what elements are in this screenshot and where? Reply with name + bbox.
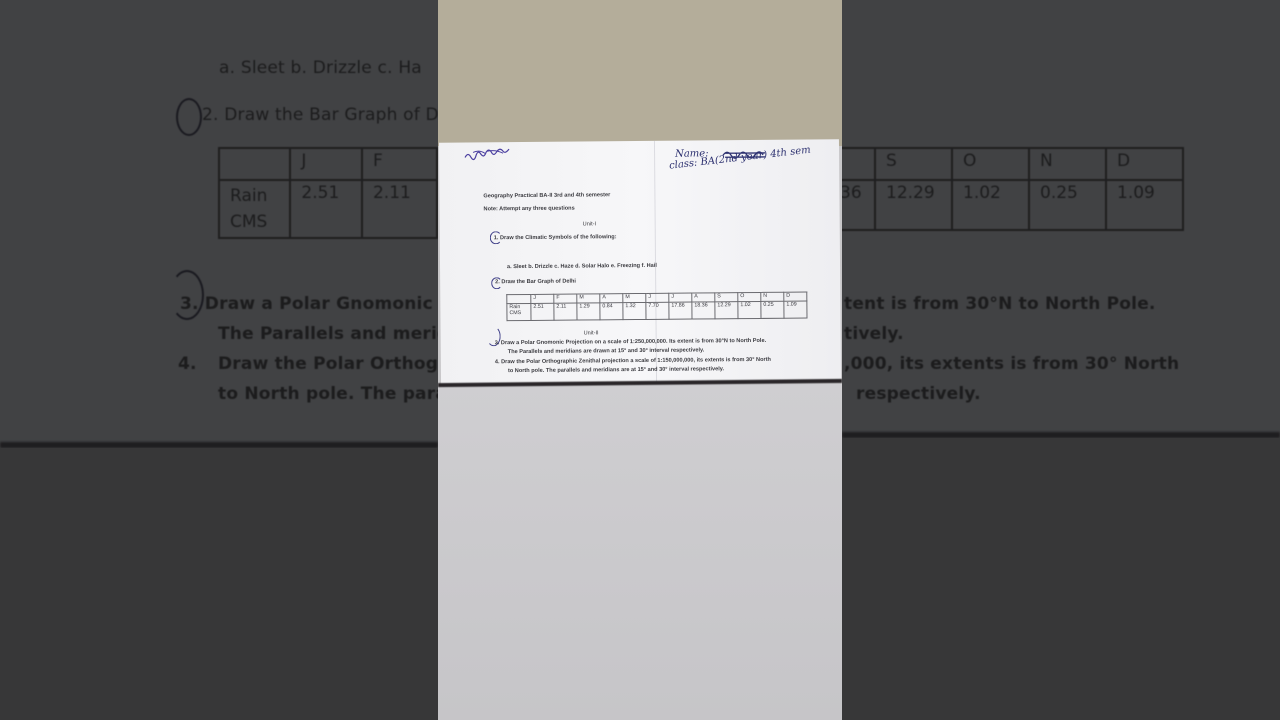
table-cell: D xyxy=(1106,148,1183,180)
pen-circle-mark xyxy=(176,98,202,136)
question-3-line2: The Parallels and meridians are drawn at… xyxy=(508,347,705,355)
table-cell: 1.02 xyxy=(738,301,761,318)
table-header-cell: M xyxy=(577,294,600,303)
table-cell: 1.32 xyxy=(623,302,646,319)
surface-below-paper xyxy=(438,384,842,720)
table-row-label: Rain CMS xyxy=(507,303,531,320)
zoomed-q1-options: a. Sleet b. Drizzle c. Ha xyxy=(219,58,422,78)
zoomed-q3-line2: tively. xyxy=(844,324,904,344)
table-cell: O xyxy=(952,148,1029,180)
table-cell xyxy=(219,148,290,180)
table-header-cell: J xyxy=(531,294,554,303)
question-1: 1. Draw the Climatic Symbols of the foll… xyxy=(494,234,617,241)
row-label-line1: Rain xyxy=(230,186,267,206)
zoomed-q4-number: 4. xyxy=(178,354,197,374)
table-cell: 2.51 xyxy=(290,180,362,238)
zoomed-q4-line2: to North pole. The paral xyxy=(218,384,438,404)
table-header-cell: S xyxy=(715,293,738,302)
zoomed-q4-line1: Draw the Polar Orthogra xyxy=(218,354,438,374)
table-header-cell: J xyxy=(646,293,669,302)
signature-scribble-icon xyxy=(463,148,511,162)
paper-title: Geography Practical BA-II 3rd and 4th se… xyxy=(483,192,610,199)
table-cell: F xyxy=(362,148,437,180)
zoomed-q3-line1: tent is from 30°N to North Pole. xyxy=(844,294,1156,314)
table-row: Rain CMS 2.51 2.11 1.29 0.84 1.32 7.70 1… xyxy=(507,301,807,321)
table-cell: 36 xyxy=(842,180,875,230)
table-cell: 2.11 xyxy=(554,303,577,320)
table-cell: 0.84 xyxy=(600,303,623,320)
table-header-cell: J xyxy=(669,293,692,302)
table-header-cell: A xyxy=(692,293,715,302)
table-cell: 1.29 xyxy=(577,303,600,320)
zoomed-q2: 2. Draw the Bar Graph of De xyxy=(202,105,438,125)
background-left-panel: a. Sleet b. Drizzle c. Ha 2. Draw the Ba… xyxy=(0,0,438,720)
table-cell: J xyxy=(290,148,362,180)
photo: Name: class: BA(2nd year) 4th sem Geogra… xyxy=(438,0,842,720)
zoomed-rain-table-left: J F Rain CMS 2.51 2.11 xyxy=(218,147,438,239)
zoomed-q3-line1: 3. Draw a Polar Gnomonic xyxy=(180,294,433,314)
table-cell: N xyxy=(1029,148,1106,180)
unit-1-heading: Unit-I xyxy=(583,221,596,227)
paper-note: Note: Attempt any three questions xyxy=(484,206,575,213)
table-header-cell: M xyxy=(623,293,646,302)
unit-2-heading: Unit-II xyxy=(584,330,599,336)
table-cell: 12.29 xyxy=(875,180,952,230)
table-cell: 18.36 xyxy=(692,302,715,319)
zoomed-rain-table-right: S O N D 36 12.29 1.02 0.25 1.09 xyxy=(842,147,1184,231)
table-row-label: Rain CMS xyxy=(219,180,290,238)
question-1-options: a. Sleet b. Drizzle c. Haze d. Solar Hal… xyxy=(507,263,657,270)
table-cell: 1.02 xyxy=(952,180,1029,230)
table-cell: 0.25 xyxy=(1029,180,1106,230)
table-cell: 12.29 xyxy=(715,302,738,319)
table-cell: 2.11 xyxy=(362,180,437,238)
table-cell: 7.70 xyxy=(646,302,669,319)
table-surface xyxy=(438,0,842,146)
table-header-cell: N xyxy=(761,292,784,301)
surface-below xyxy=(0,448,438,720)
table-cell xyxy=(842,148,875,180)
table-cell: 0.25 xyxy=(761,301,784,318)
table-cell: 17.86 xyxy=(669,302,692,319)
background-right-panel: S O N D 36 12.29 1.02 0.25 1.09 tent is … xyxy=(842,0,1280,720)
zoomed-q4-line2: respectively. xyxy=(856,384,981,404)
table-cell: 2.51 xyxy=(531,303,554,320)
surface-below xyxy=(842,438,1280,720)
zoomed-q4-line1: ,000, its extents is from 30° North xyxy=(844,354,1179,374)
zoomed-q3-line2: The Parallels and meridi xyxy=(218,324,438,344)
table-cell: 1.09 xyxy=(1106,180,1183,230)
table-header-cell: F xyxy=(554,294,577,303)
question-3-line1: 3. Draw a Polar Gnomonic Projection on a… xyxy=(495,338,766,346)
delhi-rainfall-table: J F M A M J J A S O N D Rain CMS 2.51 2.… xyxy=(506,292,807,322)
question-paper: Name: class: BA(2nd year) 4th sem Geogra… xyxy=(439,139,841,384)
question-4-line2: to North pole. The parallels and meridia… xyxy=(508,366,724,374)
table-header-cell: A xyxy=(600,294,623,303)
row-label-line2: CMS xyxy=(509,310,521,316)
row-label-line2: CMS xyxy=(230,212,267,232)
table-cell: 1.09 xyxy=(784,301,807,318)
table-cell: S xyxy=(875,148,952,180)
question-2: 2. Draw the Bar Graph of Delhi xyxy=(495,279,576,286)
table-header-cell: O xyxy=(738,292,761,301)
table-header-cell: D xyxy=(784,292,807,301)
question-4-line1: 4. Draw the Polar Orthographic Zenithal … xyxy=(495,357,771,365)
table-header-cell xyxy=(507,294,531,303)
